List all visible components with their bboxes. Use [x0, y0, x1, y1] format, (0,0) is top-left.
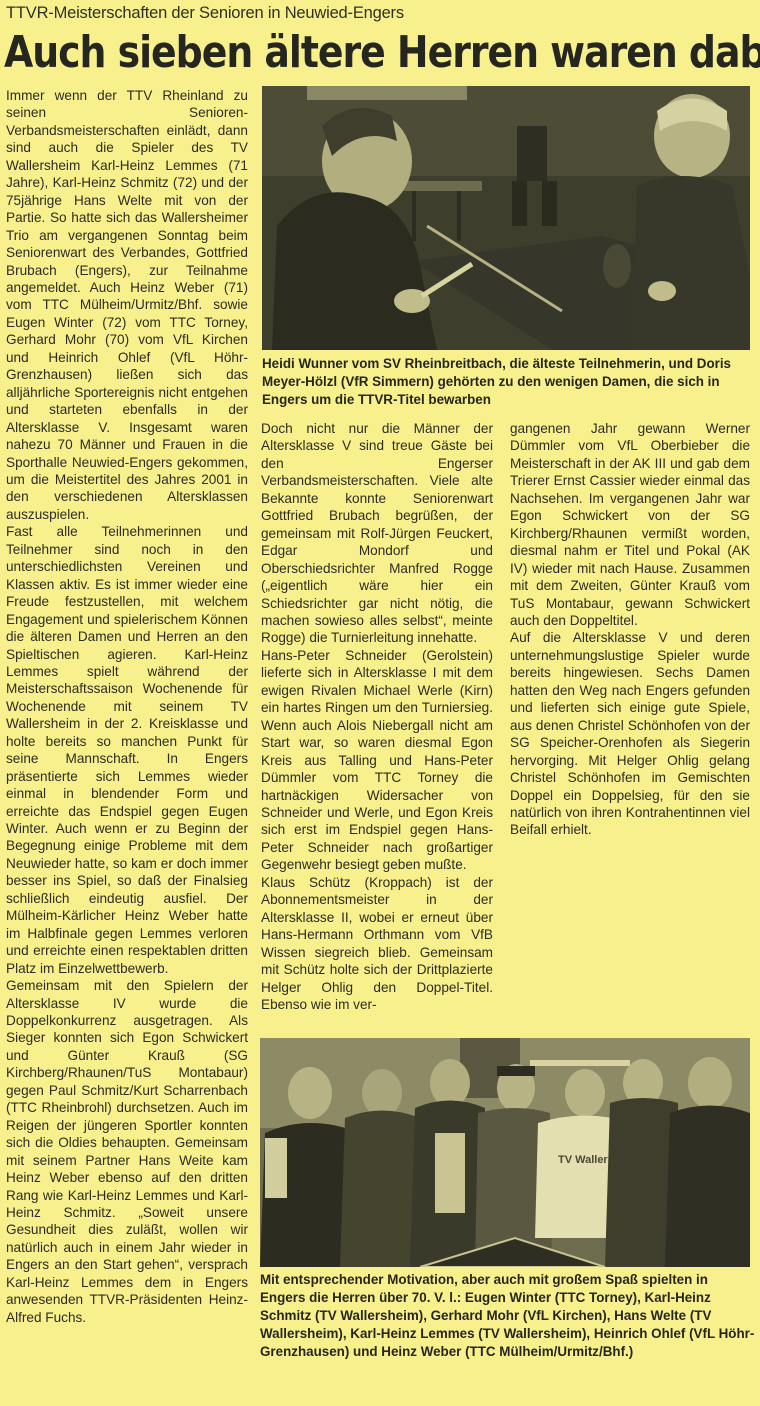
text-column-2: Doch nicht nur die Männer der Altersklas… — [261, 420, 493, 1013]
paragraph: Doch nicht nur die Männer der Altersklas… — [261, 420, 493, 647]
photo-two-women-table-tennis — [262, 86, 750, 350]
photo-image: TV Wallersheim — [260, 1038, 750, 1267]
photo-caption-1: Heidi Wunner vom SV Rheinbreitbach, die … — [262, 355, 757, 409]
paragraph: gangenen Jahr gewann Werner Dümmler vom … — [510, 420, 750, 629]
photo-seven-senior-men: TV Wallersheim — [260, 1038, 750, 1267]
paragraph: Immer wenn der TTV Rheinland zu seinen S… — [6, 87, 248, 523]
article-kicker: TTVR-Meisterschaften der Senioren in Neu… — [6, 4, 404, 23]
paragraph: Fast alle Teilnehmerinnen und Teilnehmer… — [6, 523, 248, 977]
paragraph: Auf die Altersklasse V und deren unterne… — [510, 629, 750, 838]
paragraph: Hans-Peter Schneider (Gerolstein) liefer… — [261, 647, 493, 874]
photo-caption-2: Mit entsprechender Motivation, aber auch… — [260, 1271, 755, 1361]
photo-image — [262, 86, 750, 350]
paragraph: Gemeinsam mit den Spielern der Alterskla… — [6, 977, 248, 1326]
article-headline: Auch sieben ältere Herren waren dabei — [4, 26, 651, 80]
text-column-3: gangenen Jahr gewann Werner Dümmler vom … — [510, 420, 750, 839]
text-column-1: Immer wenn der TTV Rheinland zu seinen S… — [6, 87, 248, 1326]
paragraph: Klaus Schütz (Kroppach) ist der Abonneme… — [261, 874, 493, 1014]
